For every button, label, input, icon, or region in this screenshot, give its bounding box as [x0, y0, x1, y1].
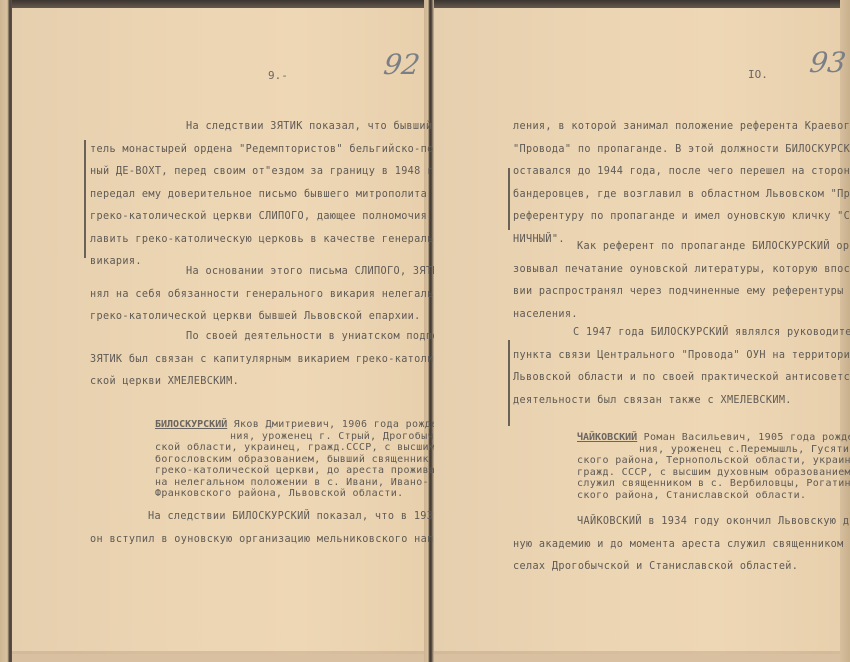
- text-line: деятельности был связан также с ХМЕЛЕВСК…: [513, 390, 850, 413]
- text-line: ЧАЙКОВСКИЙ в 1934 году окончил Львовскую…: [513, 511, 850, 534]
- text-line: С 1947 года БИЛОСКУРСКИЙ являлся руковод…: [513, 322, 850, 345]
- text-line: передал ему доверительное письмо бывшего…: [90, 184, 484, 207]
- text-line: бандеровцев, где возглавил в областном Л…: [513, 184, 850, 207]
- right-para-4: ЧАЙКОВСКИЙ в 1934 году окончил Львовскую…: [513, 511, 850, 579]
- text-line: ления, в которой занимал положение рефер…: [513, 116, 850, 139]
- text-line: На следствии ЗЯТИК показал, что бывший н…: [90, 116, 484, 139]
- text-line: Как референт по пропаганде БИЛОСКУРСКИЙ …: [513, 236, 850, 259]
- left-para-3: По своей деятельности в униатском подпол…: [90, 326, 458, 394]
- profile-first-line: ЧАЙКОВСКИЙ Роман Васильевич, 1905 года р…: [577, 432, 850, 444]
- text-line: селах Дрогобычской и Станиславской облас…: [513, 556, 850, 579]
- text-line: зовывал печатание оуновской литературы, …: [513, 259, 850, 282]
- text-line: нял на себя обязанности генерального вик…: [90, 284, 478, 307]
- document-spread: 9.- 92 На следствии ЗЯТИК показал, что б…: [0, 0, 850, 662]
- left-para-2: На основании этого письма СЛИПОГО, ЗЯТИК…: [90, 261, 478, 329]
- text-line: греко-католической церкви СЛИПОГО, дающе…: [90, 206, 484, 229]
- text-line: гражд. СССР, с высшим духовным образован…: [577, 467, 850, 479]
- text-line: На следствии БИЛОСКУРСКИЙ показал, что в…: [90, 506, 460, 529]
- profile-first-line: БИЛОСКУРСКИЙ Яков Дмитриевич, 1906 года …: [155, 419, 444, 431]
- left-margin-mark: [84, 140, 86, 258]
- text-line: По своей деятельности в униатском подпол…: [90, 326, 458, 349]
- text-line: ского района, Станиславской области.: [577, 490, 850, 502]
- text-line: ный ДЕ-ВОХТ, перед своим от"ездом за гра…: [90, 161, 484, 184]
- text-line: греко-католической церкви, до ареста про…: [155, 465, 444, 477]
- text-line: ской области, украинец, гражд.СССР, с вы…: [155, 442, 444, 454]
- left-profile-block: БИЛОСКУРСКИЙ Яков Дмитриевич, 1906 года …: [155, 419, 444, 500]
- text-line: он вступил в оуновскую организацию мельн…: [90, 529, 460, 552]
- text-line: ния, уроженец с.Перемышль, Гусятин-: [577, 444, 850, 456]
- text-line: служил священником в с. Вербиловцы, Рога…: [577, 478, 850, 490]
- right-para-1: ления, в которой занимал положение рефер…: [513, 116, 850, 251]
- text-line: референтуру по пропаганде и имел оуновск…: [513, 206, 850, 229]
- text-line: богословским образованием, бывший священ…: [155, 454, 444, 466]
- profile-name: ЧАЙКОВСКИЙ: [577, 432, 637, 443]
- text-line: на нелегальном положении в с. Ивани, Ива…: [155, 477, 444, 489]
- right-para-3: С 1947 года БИЛОСКУРСКИЙ являлся руковод…: [513, 322, 850, 412]
- right-profile-block: ЧАЙКОВСКИЙ Роман Васильевич, 1905 года р…: [577, 432, 850, 501]
- text-line: лавить греко-католическую церковь в каче…: [90, 229, 484, 252]
- text-line: "Провода" по пропаганде. В этой должност…: [513, 139, 850, 162]
- text-line: ского района, Тернопольской области, укр…: [577, 455, 850, 467]
- text-line: ную академию и до момента ареста служил …: [513, 534, 850, 557]
- left-folio-number: 92: [382, 48, 422, 81]
- text-line: пункта связи Центрального "Провода" ОУН …: [513, 345, 850, 368]
- right-folio-number: 93: [808, 46, 848, 79]
- text-line: ской церкви ХМЕЛЕВСКИМ.: [90, 371, 458, 394]
- left-binding-edge: [0, 0, 12, 662]
- text-line: Львовской области и по своей практическо…: [513, 367, 850, 390]
- profile-name: БИЛОСКУРСКИЙ: [155, 419, 227, 430]
- right-margin-mark-2: [508, 340, 510, 426]
- text-line: вии распространял через подчиненные ему …: [513, 281, 850, 304]
- text-line: На основании этого письма СЛИПОГО, ЗЯТИК…: [90, 261, 478, 284]
- text-line: Франковского района, Львовской области.: [155, 488, 444, 500]
- right-page-number: IO.: [748, 68, 768, 81]
- left-page-number: 9.-: [268, 69, 288, 82]
- right-margin-mark-1: [508, 168, 510, 230]
- text-line: оставался до 1944 года, после чего переш…: [513, 161, 850, 184]
- left-para-1: На следствии ЗЯТИК показал, что бывший н…: [90, 116, 484, 274]
- text-line: ЗЯТИК был связан с капитулярным викарием…: [90, 349, 458, 372]
- text-line: тель монастырей ордена "Редемптористов" …: [90, 139, 484, 162]
- left-para-4: На следствии БИЛОСКУРСКИЙ показал, что в…: [90, 506, 460, 551]
- right-para-2: Как референт по пропаганде БИЛОСКУРСКИЙ …: [513, 236, 850, 326]
- text-line: ния, уроженец г. Стрый, Дрогобыч-: [155, 431, 444, 443]
